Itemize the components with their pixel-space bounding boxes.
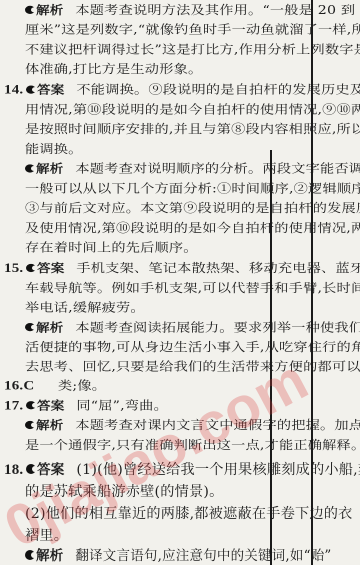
text-line: 举电话,缓解疲劳。 [25, 299, 360, 317]
question-14-answer: 14. 答案不能调换。⑨段说明的是自拍杆的发展历史及使 [0, 81, 360, 99]
page-crease-line [270, 150, 272, 565]
text-line: 用情况,第⑩段说明的是如今自拍杆的使用情况,⑨⑩两段 [25, 101, 360, 119]
text-line: 本题考查对说明顺序的分析。两段文字能否调换, [75, 163, 360, 176]
crescent-marker-icon [26, 85, 36, 93]
crescent-marker-icon [25, 323, 35, 331]
analysis-line: 解析本题考查对课内文言文中通假字的把握。加点的 [25, 417, 360, 435]
text-line: 本题考查对课内文言文中通假字的把握。加点的 [75, 419, 360, 432]
text-line: 手机支架、笔记本散热架、移动充电器、蓝牙耳机、 [76, 262, 360, 275]
analysis-label: 解析 [36, 321, 63, 334]
crescent-marker-icon [25, 164, 35, 172]
crescent-marker-icon [25, 421, 35, 429]
question-number: 17. [4, 397, 23, 415]
answer-key-page: 解析本题考查说明方法及其作用。“一般是 20 到 120 厘米”这是列数字,“就… [0, 0, 360, 464]
analysis-label: 解析 [36, 4, 63, 17]
analysis-line: 解析本题考查对说明顺序的分析。两段文字能否调换, [25, 160, 360, 178]
crescent-marker-icon [25, 550, 35, 560]
text-line: 的是苏轼乘船游赤壁(的情景)。 [25, 481, 360, 503]
text-line: 活便捷的事物,可从身边生活小事入手,从吃穿住行的角度 [25, 339, 360, 357]
crescent-marker-icon [26, 264, 36, 272]
analysis-label: 解析 [36, 548, 63, 564]
text-line: 车载导航等。例如手机支架,可以代替手和手臂,长时间托 [25, 279, 360, 297]
analysis-line: 解析翻译文言语句,应注意句中的关键词,如“贻” [25, 545, 360, 565]
question-17-answer: 17. 答案同“屈”,弯曲。 [0, 397, 360, 415]
text-line: 是按照时间顺序安排的,并且与第⑧段内容相照应,所以不 [25, 121, 360, 139]
text-line: 存在着时间上的先后顺序。 [25, 239, 360, 257]
text-line: 类;像。 [58, 377, 106, 395]
text-line: (2)他们的相互靠近的两膝,都被遮蔽在手卷下边的衣 [25, 503, 360, 525]
question-number: 16.C [4, 377, 34, 395]
text-line: 褶里。 [25, 525, 360, 547]
analysis-label: 解析 [36, 163, 63, 176]
page-crease-line [311, 0, 313, 565]
text-line: ③与前后文对应。本文第⑨段说明的是自拍杆的发展历史 [25, 200, 360, 218]
question-16-answer: 16.C 类;像。 [0, 377, 360, 395]
text-line: 能调换。 [25, 141, 360, 159]
text-line: 体准确,打比方是生动形象。 [25, 61, 360, 79]
analysis-label: 解析 [36, 419, 63, 432]
answer-label: 答案 [37, 84, 64, 97]
crescent-marker-icon [25, 6, 35, 14]
question-15-answer: 15. 答案手机支架、笔记本散热架、移动充电器、蓝牙耳机、 [0, 260, 360, 278]
text-line: 一般可以从以下几个方面分析:①时间顺序,②逻辑顺序, [25, 180, 360, 198]
crescent-marker-icon [26, 401, 36, 409]
text-line: 不建议把杆调得过长”这是打比方,作用分析上列数字是具 [25, 41, 360, 59]
analysis-line: 解析本题考查说明方法及其作用。“一般是 20 到 120 [25, 2, 360, 20]
text-line: 不能调换。⑨段说明的是自拍杆的发展历史及使 [76, 84, 360, 97]
text-line: 是一个通假字,只有准确判断出这一点,才能正确解释。 [25, 436, 360, 454]
crescent-marker-icon [26, 464, 36, 474]
text-line: 本题考查说明方法及其作用。“一般是 20 到 120 [75, 4, 360, 17]
text-line: 去思考、回忆,只要是给我们的生活带来方便的都可以。 [25, 358, 360, 376]
text-line: 翻译文言语句,应注意句中的关键词,如“贻” [75, 548, 331, 564]
answer-label: 答案 [37, 262, 64, 275]
analysis-line: 解析本题考查阅读拓展能力。要求列举一种使我们生 [25, 319, 360, 337]
text-line: 厘米”这是列数字,“就像钓鱼时手一动鱼就溜了一样,所以 [25, 21, 360, 39]
text-line: 本题考查阅读拓展能力。要求列举一种使我们生 [75, 321, 360, 334]
question-number: 14. [4, 81, 23, 99]
question-number: 15. [4, 260, 23, 278]
answer-label: 答案 [37, 399, 64, 412]
text-line: 同“屈”,弯曲。 [76, 399, 168, 412]
text-line: 及使用情况,第⑩段说明的是如今自拍杆的使用情况,两者 [25, 219, 360, 237]
